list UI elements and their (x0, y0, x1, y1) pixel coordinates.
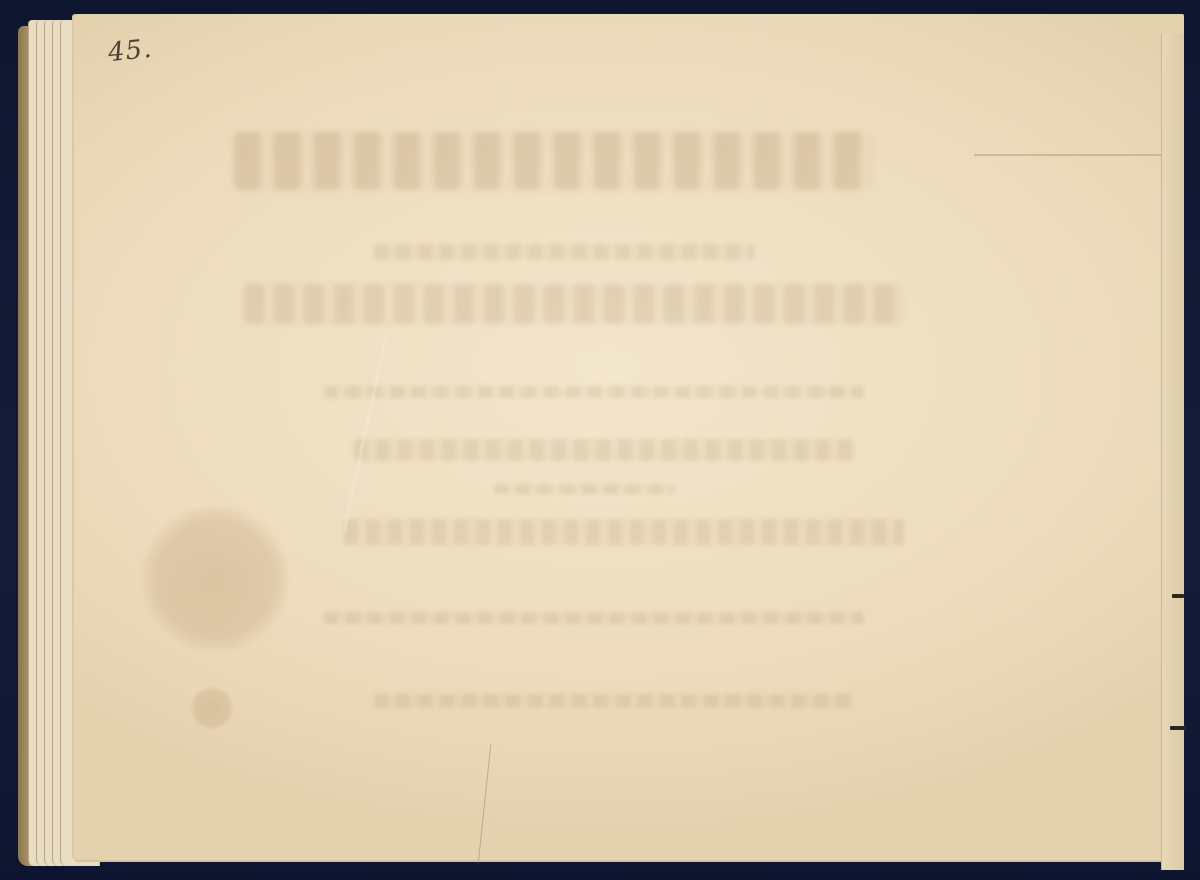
bleed-through-line (344, 519, 904, 545)
bleed-through-line (374, 244, 754, 260)
bleed-through-title (234, 132, 874, 190)
bleed-through-line (494, 484, 674, 494)
bleed-through-line (324, 612, 864, 624)
fold-line (974, 154, 1174, 156)
bleed-through-heading (244, 284, 904, 324)
right-page-edge (1161, 34, 1184, 870)
bleed-through-text (74, 14, 1184, 860)
bleed-through-line (324, 386, 864, 398)
bleed-through-line (354, 439, 854, 461)
handwritten-page-number: 45. (107, 34, 154, 68)
water-stain (140, 504, 290, 654)
binding-clip (1170, 726, 1186, 730)
small-stain (190, 686, 234, 730)
binding-clip (1172, 594, 1184, 598)
book-page: 45. (74, 14, 1184, 860)
bleed-through-line (374, 694, 854, 708)
